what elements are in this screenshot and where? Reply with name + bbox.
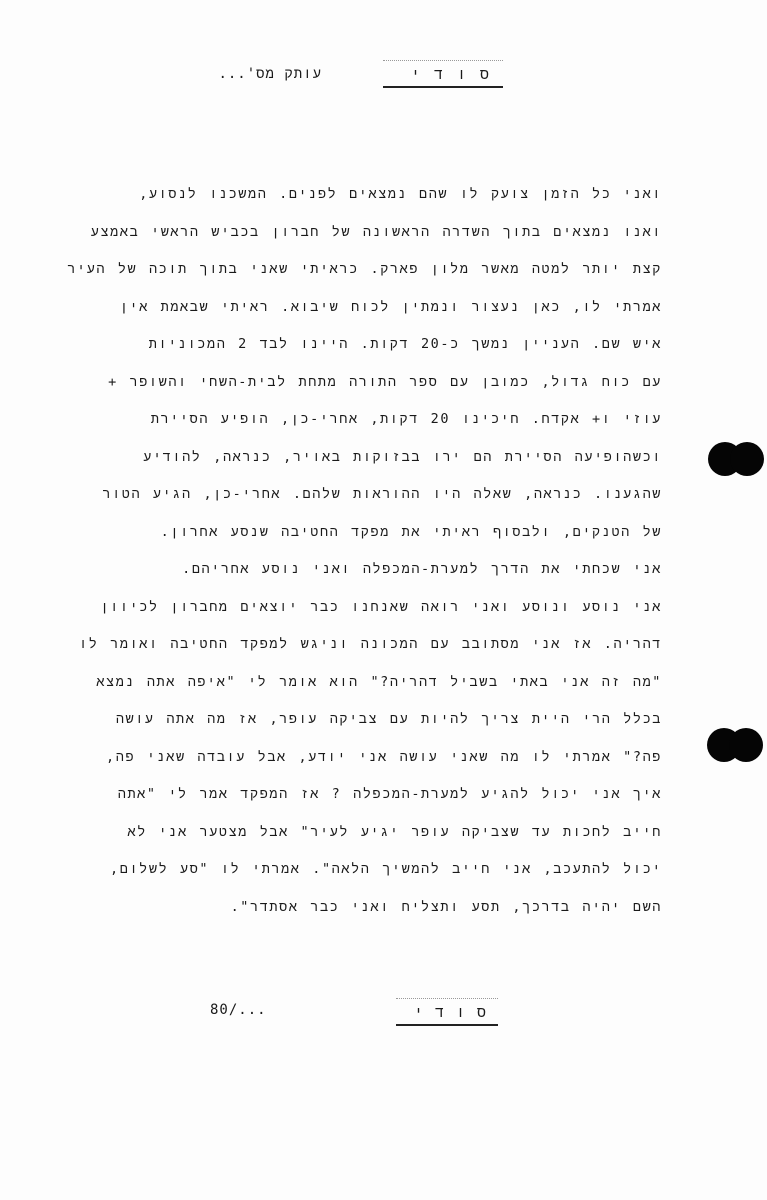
document-page: סודי עותק מס'... ואני כל הזמן צועק לו שה… [0,0,767,1200]
body-line: "מה זה אני באתי בשביל דהריה?" הוא אומר ל… [150,664,662,702]
body-line: בכלל הרי היית צריך להיות עם צביקה עופר, … [150,701,662,739]
punch-hole-icon [708,442,767,476]
body-line: יכול להתעכב, אני חייב להמשיך הלאה". אמרת… [150,851,662,889]
body-line: וכשהופיעה הסיירת הם ירו בבזוקות באויר, כ… [150,439,662,477]
body-line: איש שם. העניין נמשך כ-20 דקות. היינו לבד… [150,326,662,364]
header-copy-number: עותק מס'... [172,66,322,83]
body-line: דהריה. אז אני מסתובב עם המכונה וניגש למפ… [150,626,662,664]
punch-hole-icon [707,728,767,762]
body-line: עוזי ו+ אקדח. חיכינו 20 דקות, אחרי-כן, ה… [150,401,662,439]
body-line: ואני כל הזמן צועק לו שהם נמצאים לפנים. ה… [150,176,662,214]
body-line: של הטנקים, ולבסוף ראיתי את מפקד החטיבה ש… [150,514,662,552]
body-line: השם יהיה בדרכך, תסע ותצליח ואני כבר אסתד… [150,889,662,927]
body-line: שהגענו. כנראה, שאלה היו ההוראות שלהם. אח… [150,476,662,514]
body-line: אמרתי לו, כאן נעצור ונמתין לכוח שיבוא. ר… [150,289,662,327]
body-line: קצת יותר למטה מאשר מלון פארק. כראיתי שאנ… [150,251,662,289]
body-line: איך אני יכול להגיע למערת-המכפלה ? אז המפ… [150,776,662,814]
body-line: פה?" אמרתי לו מה שאני עושה אני יודע, אבל… [150,739,662,777]
body-line: אני נוסע ונוסע ואני רואה שאנחנו כבר יוצא… [150,589,662,627]
body-line: אני שכחתי את הדרך למערת-המכפלה ואני נוסע… [150,551,662,589]
body-line: ואנו נמצאים בתוך השדרה הראשונה של חברון … [150,214,662,252]
footer-classification-stamp: סודי [396,998,498,1026]
document-body: ואני כל הזמן צועק לו שהם נמצאים לפנים. ה… [150,176,662,926]
footer-page-marker: 80/... [210,1002,267,1018]
header-classification-stamp: סודי [383,60,503,88]
body-line: חייב לחכות עד שצביקה עופר יגיע לעיר" אבל… [150,814,662,852]
body-line: עם כוח גדול, כמובן עם ספר התורה מתחת לבי… [150,364,662,402]
